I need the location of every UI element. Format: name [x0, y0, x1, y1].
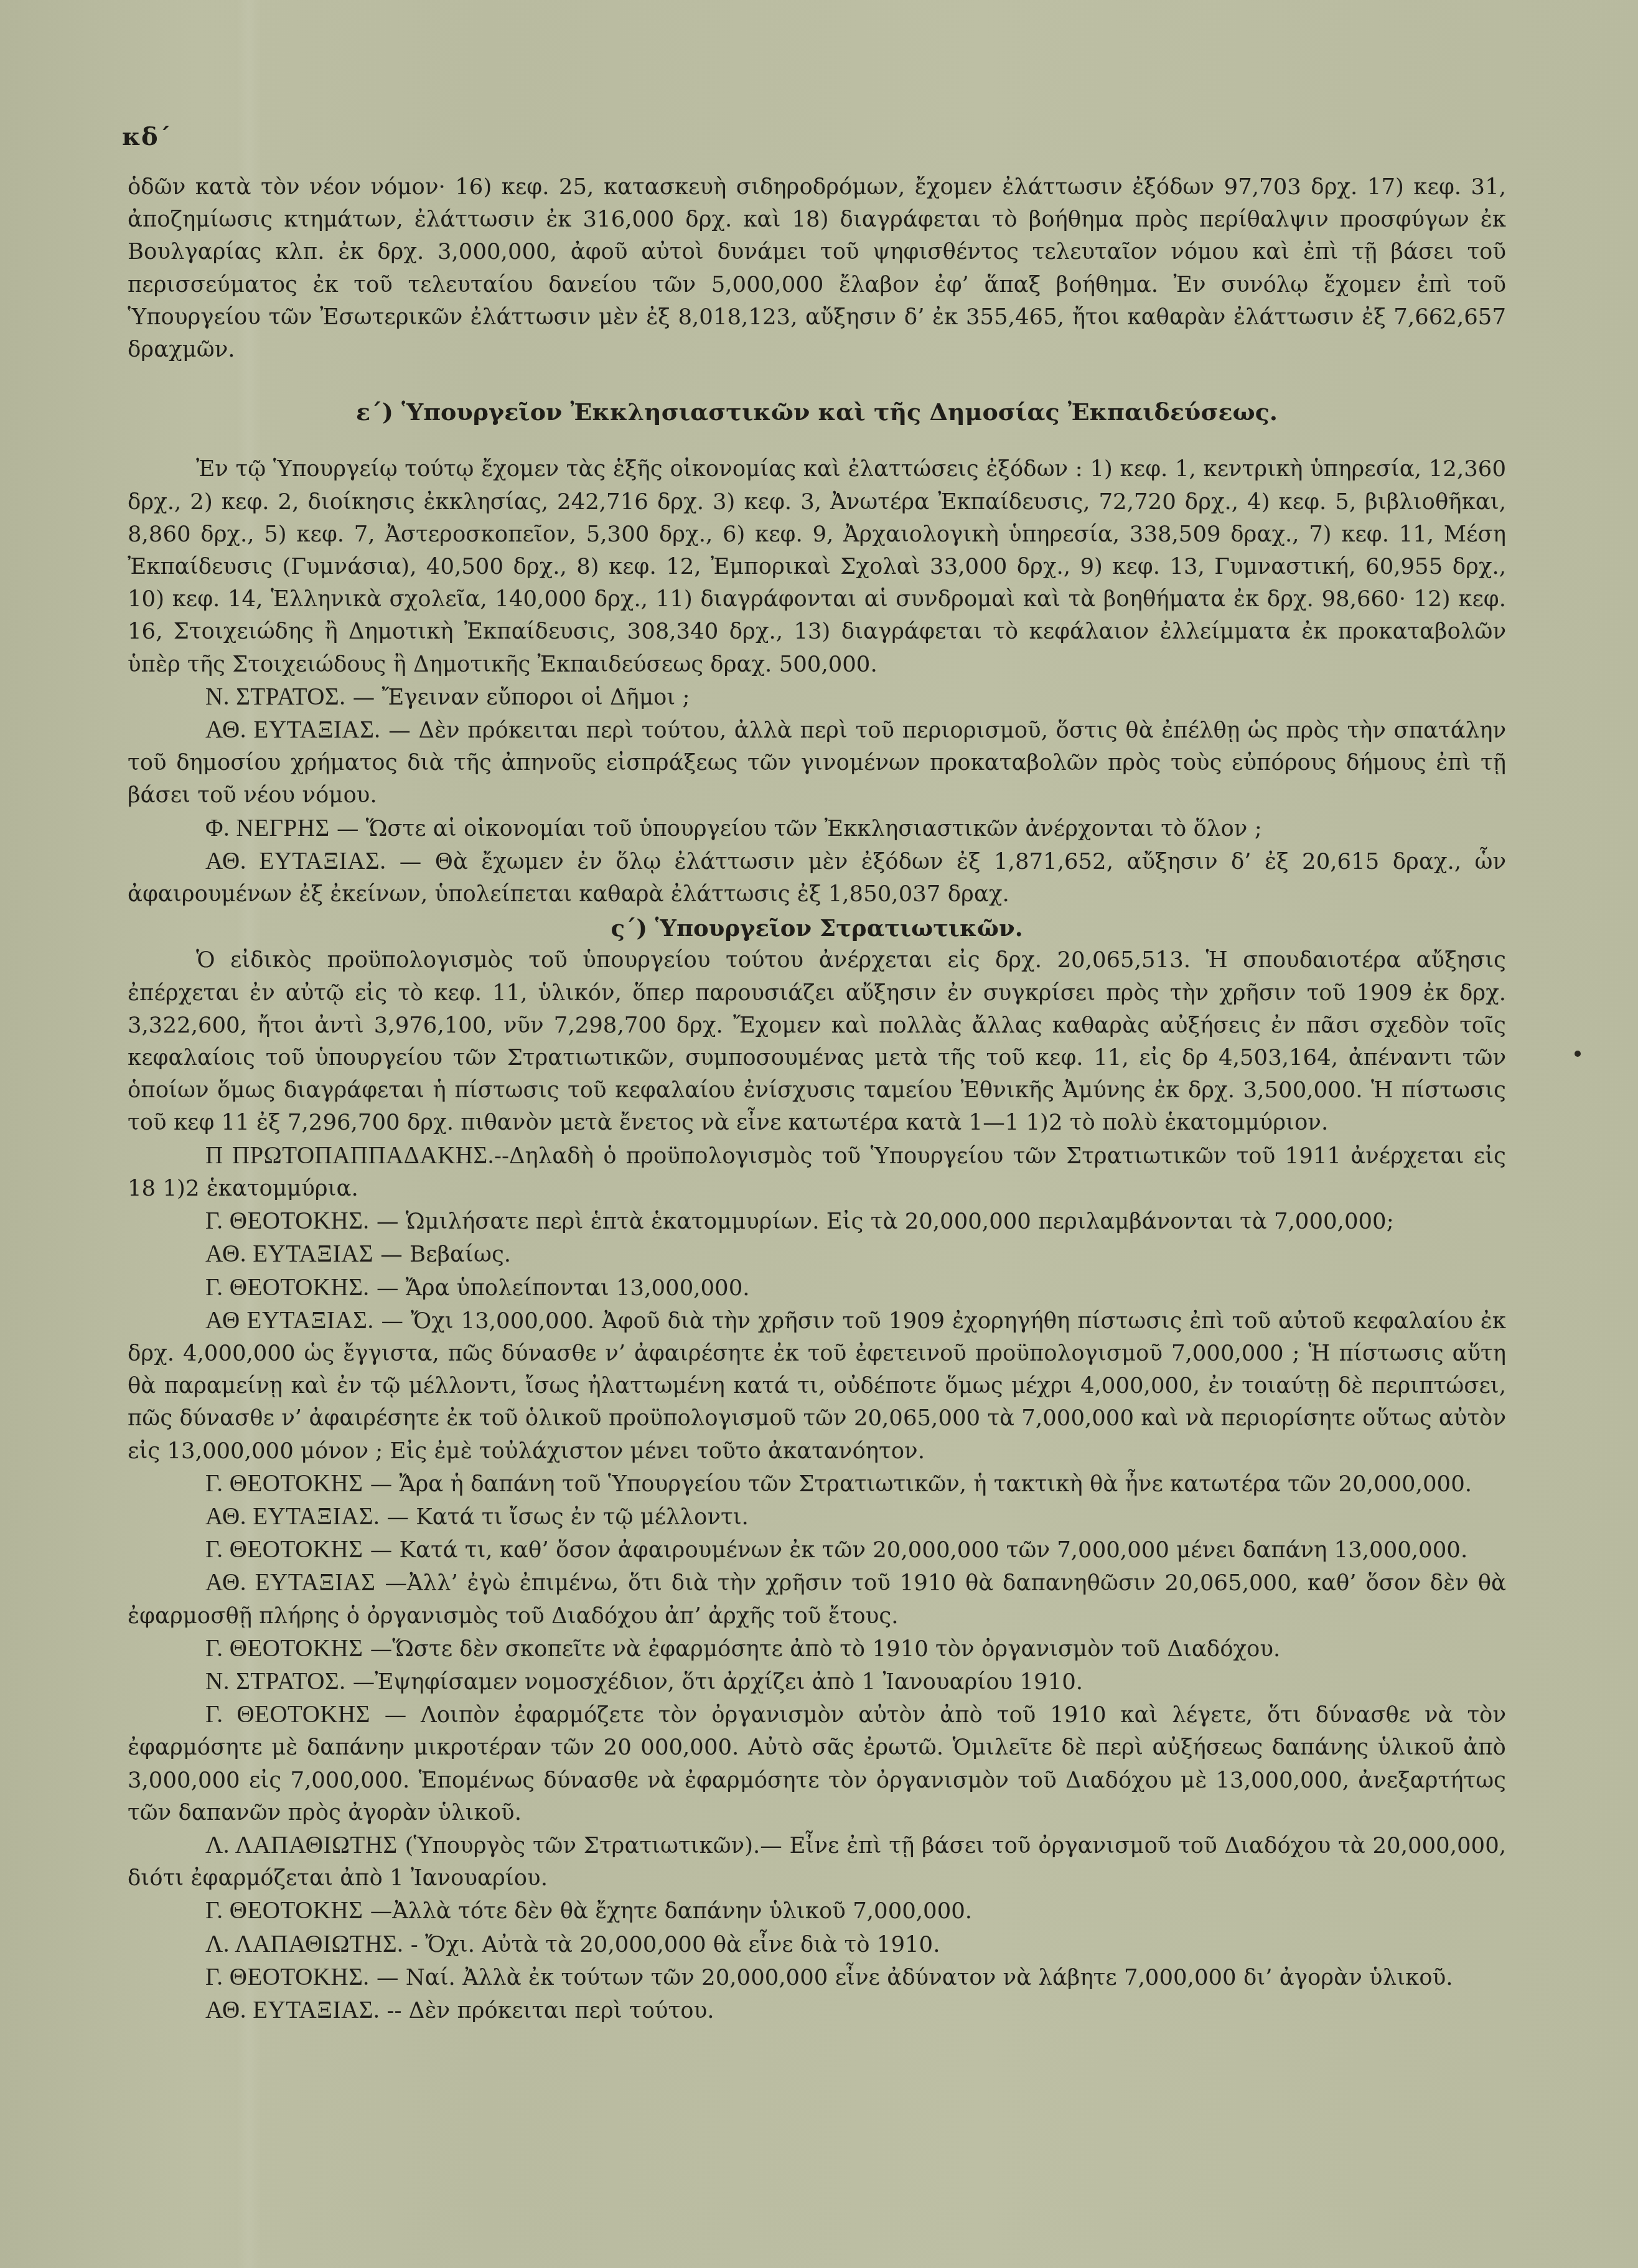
- dialogue-entry: Γ. ΘΕΟΤΟΚΗΣ. — Ναί. Ἀλλὰ ἐκ τούτων τῶν 2…: [128, 1961, 1506, 1994]
- speaker-name: ΑΘ. ΕΥΤΑΞΙΑΣ.: [205, 716, 381, 743]
- dialogue-entry: ΑΘ. ΕΥΤΑΞΙΑΣ —Ἀλλ’ ἐγὼ ἐπιμένω, ὅτι διὰ …: [128, 1567, 1506, 1632]
- speaker-name: Ν. ΣΤΡΑΤΟΣ.: [205, 1668, 345, 1695]
- dialogue-entry: ΑΘ. ΕΥΤΑΞΙΑΣ. — Θὰ ἔχωμεν ἐν ὅλῳ ἐλάττωσ…: [128, 845, 1506, 911]
- intro-paragraph: ὁδῶν κατὰ τὸν νέον νόμον· 16) κεφ. 25, κ…: [128, 171, 1506, 366]
- speaker-name: Φ. ΝΕΓΡΗΣ: [205, 815, 330, 841]
- speech-text: — Βεβαίως.: [380, 1242, 511, 1267]
- dialogue-entry: Λ. ΛΑΠΑΘΙΩΤΗΣ (Ὑπουργὸς τῶν Στρατιωτικῶν…: [128, 1829, 1506, 1895]
- speech-text: -- Δὲν πρόκειται περὶ τούτου.: [387, 1998, 714, 2023]
- speaker-name: ΑΘ. ΕΥΤΑΞΙΑΣ.: [205, 1503, 380, 1530]
- dialogue-entry: Γ. ΘΕΟΤΟΚΗΣ — Ἄρα ἡ δαπάνη τοῦ Ὑπουργείο…: [128, 1468, 1506, 1501]
- page-number: κδ΄: [122, 122, 172, 151]
- section-heading-ecclesiastical: ε΄) Ὑπουργεῖον Ἐκκλησιαστικῶν καὶ τῆς Δη…: [128, 396, 1506, 428]
- document-body: ὁδῶν κατὰ τὸν νέον νόμον· 16) κεφ. 25, κ…: [128, 171, 1506, 2027]
- speech-text: — Ὥστε αἱ οἰκονομίαι τοῦ ὑπουργείου τῶν …: [337, 816, 1262, 841]
- dialogue-entry: Γ. ΘΕΟΤΟΚΗΣ. — Ἄρα ὑπολείπονται 13,000,0…: [128, 1272, 1506, 1305]
- dialogue-entry: Ν. ΣΤΡΑΤΟΣ. —Ἐψηφίσαμεν νομοσχέδιον, ὅτι…: [128, 1666, 1506, 1699]
- speaker-name: Ν. ΣΤΡΑΤΟΣ.: [205, 683, 345, 710]
- section-heading-military: ς΄) Ὑπουργεῖον Στρατιωτικῶν.: [128, 912, 1506, 944]
- dialogue-entry: ΑΘ ΕΥΤΑΞΙΑΣ. — Ὄχι 13,000,000. Ἀφοῦ διὰ …: [128, 1305, 1506, 1468]
- speech-text: — Ὡμιλήσατε περὶ ἑπτὰ ἑκατομμυρίων. Εἰς …: [377, 1209, 1394, 1234]
- speech-text: —Ὥστε δὲν σκοπεῖτε νὰ ἐφαρμόσητε ἀπὸ τὸ …: [370, 1636, 1281, 1662]
- dialogue-entry: Φ. ΝΕΓΡΗΣ — Ὥστε αἱ οἰκονομίαι τοῦ ὑπουρ…: [128, 812, 1506, 845]
- dialogue-entry: Γ. ΘΕΟΤΟΚΗΣ —Ἀλλὰ τότε δὲν θὰ ἔχητε δαπά…: [128, 1895, 1506, 1928]
- dialogue-entry: ΑΘ. ΕΥΤΑΞΙΑΣ. — Δὲν πρόκειται περὶ τούτο…: [128, 714, 1506, 812]
- speaker-name: Γ. ΘΕΟΤΟΚΗΣ: [205, 1897, 363, 1924]
- speaker-name: Γ. ΘΕΟΤΟΚΗΣ.: [205, 1207, 370, 1234]
- dialogue-entry: Ν. ΣΤΡΑΤΟΣ. — Ἔγειναν εὔποροι οἱ Δῆμοι ;: [128, 681, 1506, 714]
- dialogue-entry: Λ. ΛΑΠΑΘΙΩΤΗΣ. - Ὄχι. Αὐτὰ τὰ 20,000,000…: [128, 1928, 1506, 1961]
- speaker-name: ΑΘ. ΕΥΤΑΞΙΑΣ.: [205, 848, 386, 874]
- ink-speck: [1575, 1051, 1581, 1057]
- dialogue-entry: ΑΘ. ΕΥΤΑΞΙΑΣ — Βεβαίως.: [128, 1238, 1506, 1271]
- speech-text: —Ἀλλὰ τότε δὲν θὰ ἔχητε δαπάνην ὑλικοῦ 7…: [370, 1898, 973, 1924]
- speaker-name: Λ. ΛΑΠΑΘΙΩΤΗΣ.: [205, 1931, 403, 1957]
- dialogue-entry: Π ΠΡΩΤΟΠΑΠΠΑΔΑΚΗΣ.--Δηλαδὴ ὁ προϋπολογισ…: [128, 1140, 1506, 1205]
- section-st-paragraph: Ὁ εἰδικὸς προϋπολογισμὸς τοῦ ὑπουργείου …: [128, 944, 1506, 1139]
- dialogue-entry: Γ. ΘΕΟΤΟΚΗΣ. — Ὡμιλήσατε περὶ ἑπτὰ ἑκατο…: [128, 1205, 1506, 1238]
- dialogue-entry: ΑΘ. ΕΥΤΑΞΙΑΣ. — Κατά τι ἴσως ἐν τῷ μέλλο…: [128, 1501, 1506, 1534]
- speech-text: — Ναί. Ἀλλὰ ἐκ τούτων τῶν 20,000,000 εἶν…: [377, 1965, 1453, 1990]
- speaker-name: Γ. ΘΕΟΤΟΚΗΣ: [205, 1701, 370, 1728]
- speech-text: — Κατά τι, καθ’ ὅσον ἀφαιρουμένων ἐκ τῶν…: [370, 1537, 1468, 1563]
- speaker-name: Γ. ΘΕΟΤΟΚΗΣ.: [205, 1964, 370, 1990]
- speaker-name: ΑΘ. ΕΥΤΑΞΙΑΣ: [205, 1569, 376, 1596]
- dialogue-entry: Γ. ΘΕΟΤΟΚΗΣ — Κατά τι, καθ’ ὅσον ἀφαιρου…: [128, 1534, 1506, 1567]
- dialogue-entry: Γ. ΘΕΟΤΟΚΗΣ —Ὥστε δὲν σκοπεῖτε νὰ ἐφαρμό…: [128, 1633, 1506, 1666]
- speaker-name: ΑΘ. ΕΥΤΑΞΙΑΣ: [205, 1240, 373, 1267]
- speaker-name: Π ΠΡΩΤΟΠΑΠΠΑΔΑΚΗΣ.: [205, 1142, 494, 1169]
- speaker-name: ΑΘ. ΕΥΤΑΞΙΑΣ.: [205, 1997, 380, 2023]
- speaker-name: Γ. ΘΕΟΤΟΚΗΣ: [205, 1635, 363, 1662]
- speech-text: - Ὄχι. Αὐτὰ τὰ 20,000,000 θὰ εἶνε διὰ τὸ…: [411, 1932, 940, 1957]
- speaker-name: Λ. ΛΑΠΑΘΙΩΤΗΣ: [205, 1832, 398, 1858]
- speaker-name: Γ. ΘΕΟΤΟΚΗΣ: [205, 1470, 363, 1497]
- speech-text: — Ἄρα ἡ δαπάνη τοῦ Ὑπουργείου τῶν Στρατι…: [370, 1471, 1472, 1497]
- dialogue-entry: Γ. ΘΕΟΤΟΚΗΣ — Λοιπὸν ἐφαρμόζετε τὸν ὀργα…: [128, 1699, 1506, 1829]
- speaker-name: Γ. ΘΕΟΤΟΚΗΣ.: [205, 1274, 370, 1301]
- speaker-name: ΑΘ ΕΥΤΑΞΙΑΣ.: [205, 1307, 374, 1334]
- speech-text: — Ἄρα ὑπολείπονται 13,000,000.: [377, 1275, 750, 1301]
- speech-text: —Ἐψηφίσαμεν νομοσχέδιον, ὅτι ἀρχίζει ἀπὸ…: [353, 1669, 1083, 1695]
- speaker-name: Γ. ΘΕΟΤΟΚΗΣ: [205, 1536, 363, 1563]
- section-e-paragraph: Ἐν τῷ Ὑπουργείῳ τούτῳ ἔχομεν τὰς ἑξῆς οἰ…: [128, 453, 1506, 680]
- document-page: κδ΄ ὁδῶν κατὰ τὸν νέον νόμον· 16) κεφ. 2…: [0, 0, 1638, 2268]
- speech-text: — Κατά τι ἴσως ἐν τῷ μέλλοντι.: [387, 1504, 749, 1530]
- speech-text: — Ἔγειναν εὔποροι οἱ Δῆμοι ;: [353, 685, 690, 710]
- dialogue-entry: ΑΘ. ΕΥΤΑΞΙΑΣ. -- Δὲν πρόκειται περὶ τούτ…: [128, 1994, 1506, 2027]
